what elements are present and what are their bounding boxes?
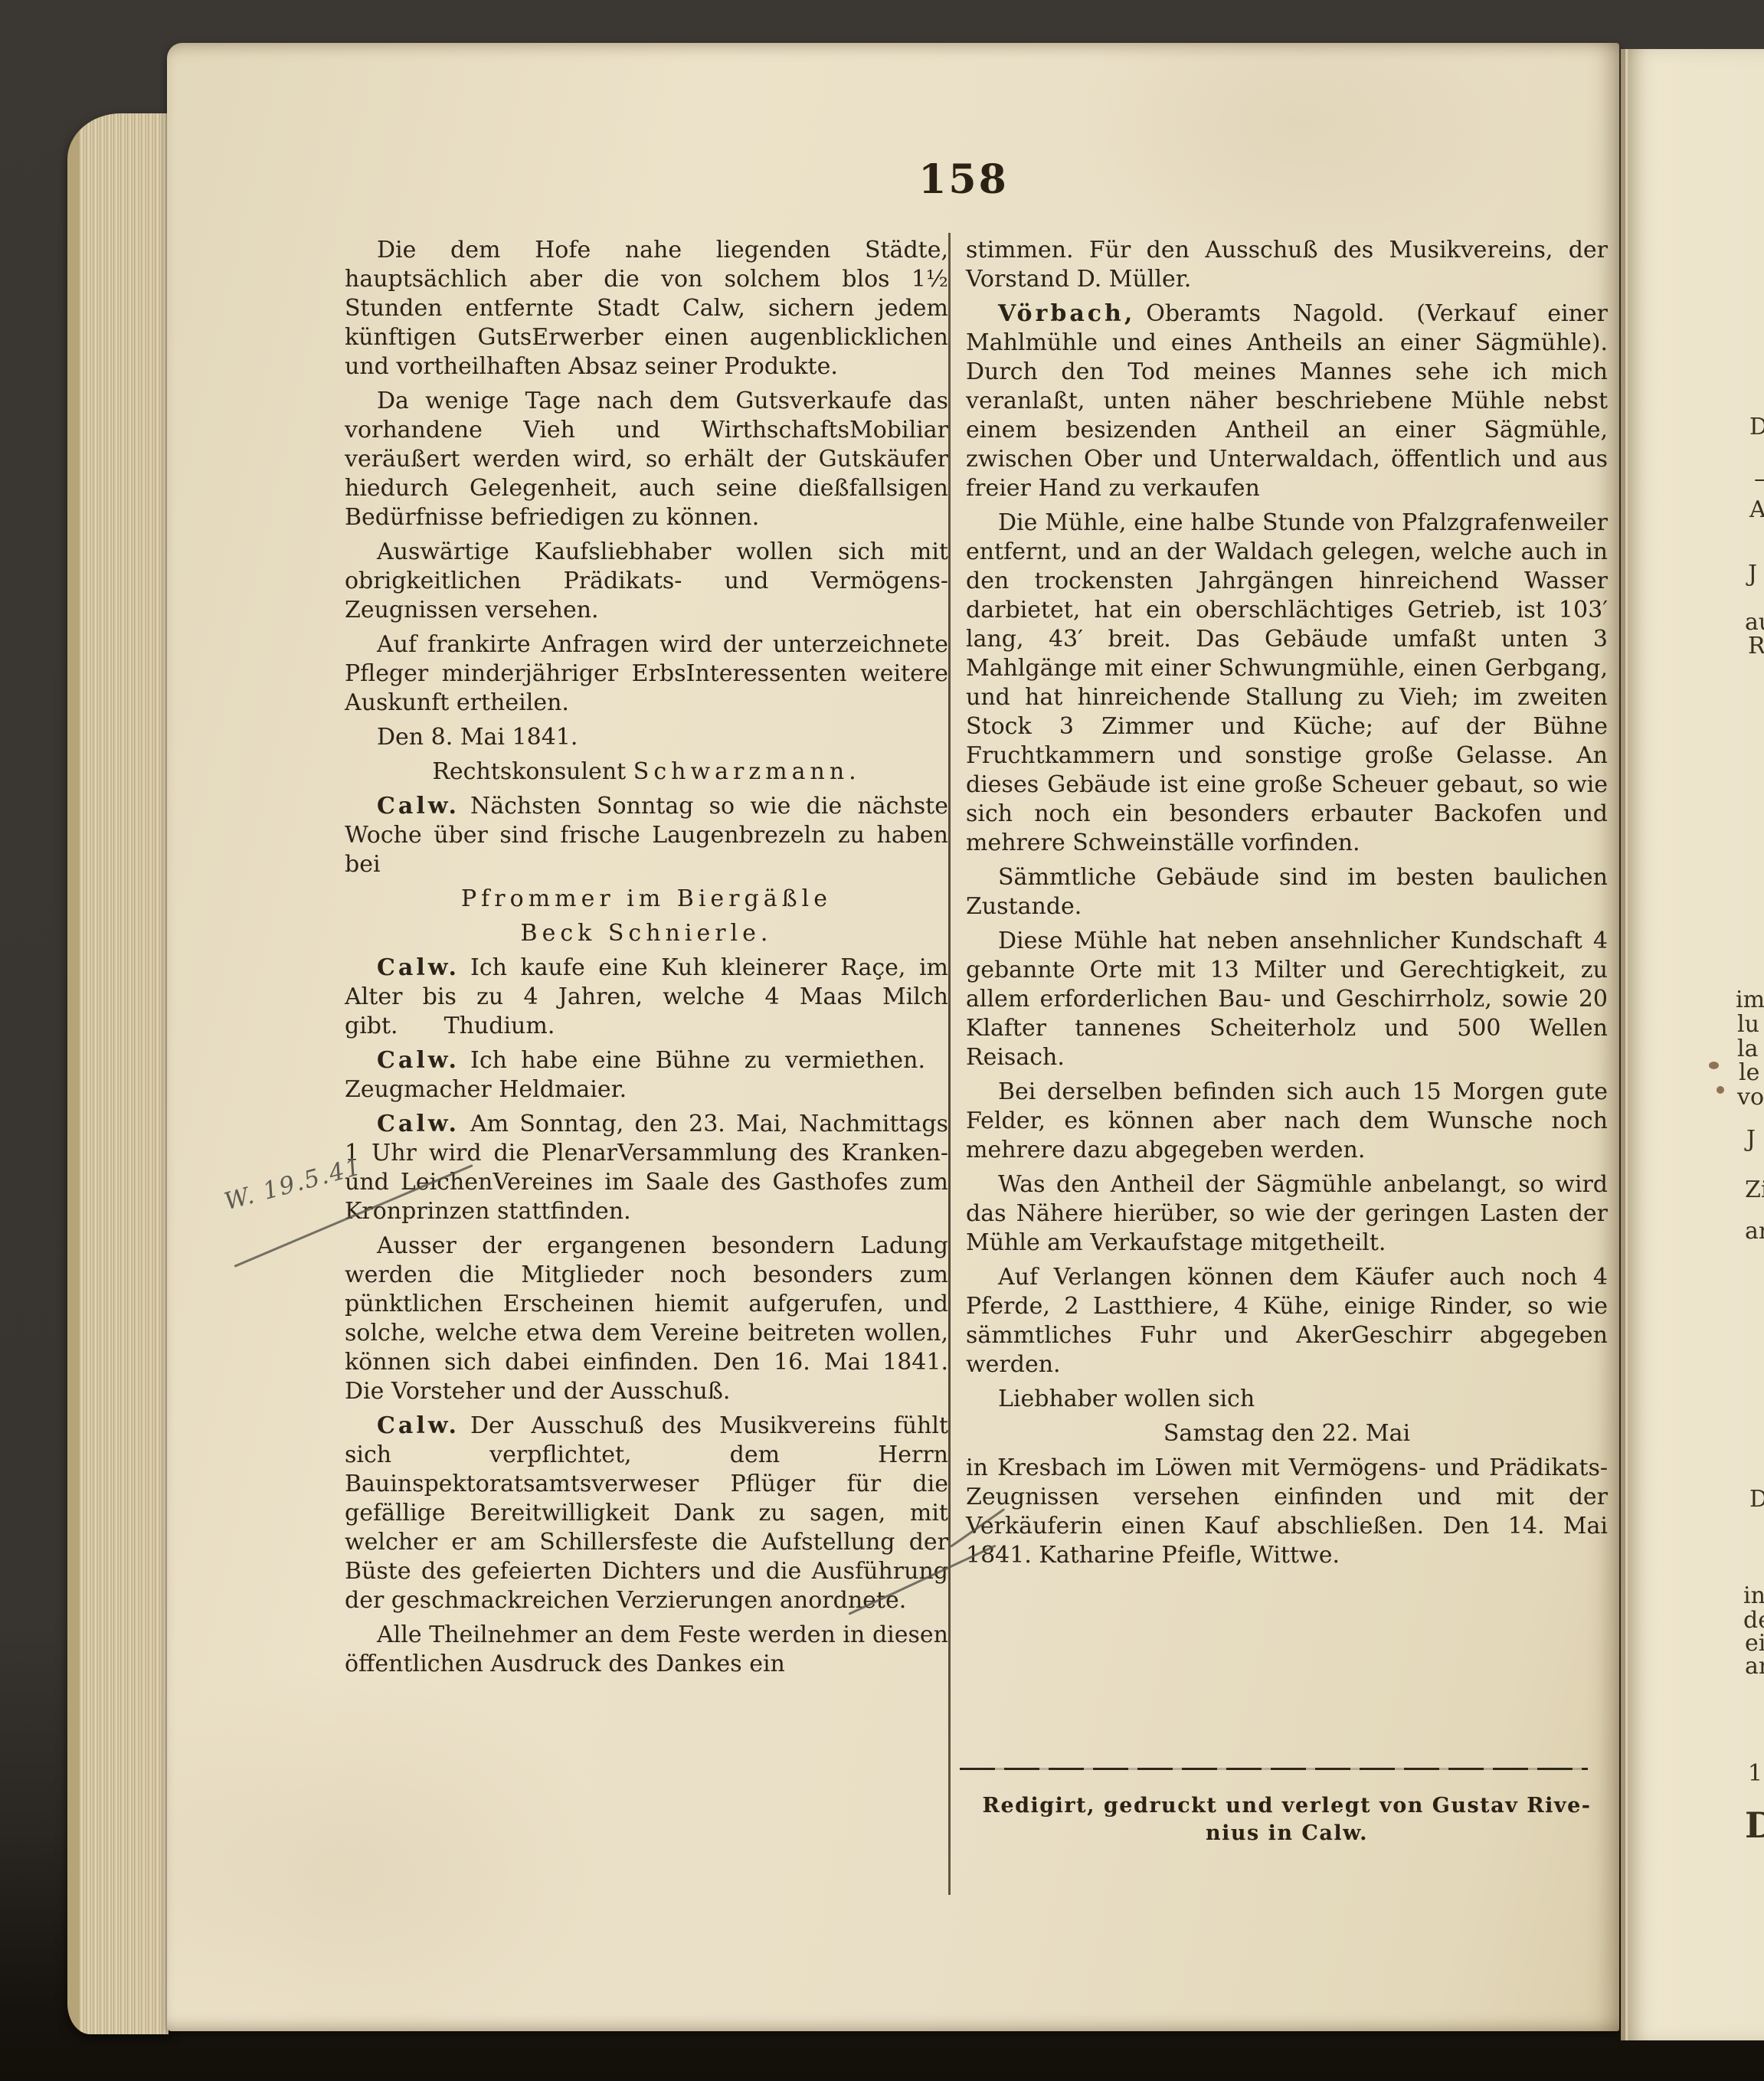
signature-line: Beck Schnierle.	[345, 919, 948, 948]
paragraph: Calw.Ich kaufe eine Kuh kleinerer Raçe, …	[345, 954, 948, 1041]
cutoff-letter: D	[1749, 1486, 1764, 1513]
paragraph: Diese Mühle hat neben ansehnlicher Kunds…	[966, 927, 1608, 1072]
cutoff-letter: in	[1743, 1582, 1764, 1609]
cutoff-letter: J	[1748, 561, 1757, 587]
paragraph: stimmen. Für den Ausschuß des Musikverei…	[966, 236, 1608, 294]
cutoff-letter: J	[1746, 1126, 1756, 1153]
cutoff-letter: au	[1745, 609, 1764, 636]
paragraph: Auswärtige Kaufsliebhaber wollen sich mi…	[345, 538, 948, 625]
date-line: Den 8. Mai 1841.	[345, 723, 948, 752]
paragraph: Calw.Nächsten Sonntag so wie die nächste…	[345, 792, 948, 879]
cutoff-letter: D	[1749, 414, 1764, 440]
cutoff-letter: le	[1739, 1059, 1759, 1086]
paragraph: Bei derselben befinden sich auch 15 Morg…	[966, 1078, 1608, 1165]
cutoff-letter: im	[1736, 987, 1764, 1013]
paragraph: Calw.Am Sonntag, den 23. Mai, Nachmittag…	[345, 1110, 948, 1226]
cutoff-letter: D	[1745, 1805, 1764, 1846]
signature-line: Pfrommer im Biergäßle	[345, 885, 948, 914]
paragraph: in Kresbach im Löwen mit Vermögens- und …	[966, 1454, 1608, 1570]
cutoff-letter: an	[1745, 1218, 1764, 1245]
ink-spot	[1709, 1062, 1719, 1069]
paragraph: Liebhaber wollen sich	[966, 1385, 1608, 1414]
page-fold-crease	[1624, 49, 1628, 2040]
cutoff-letter: la	[1737, 1036, 1758, 1062]
paragraph: Alle Theilnehmer an dem Feste werden in …	[345, 1621, 948, 1679]
cutoff-letter: Zi	[1745, 1176, 1764, 1203]
right-column: stimmen. Für den Ausschuß des Musikverei…	[966, 236, 1608, 1575]
paragraph: Die Mühle, eine halbe Stunde von Pfalzgr…	[966, 509, 1608, 858]
column-divider-rule	[948, 233, 951, 1895]
left-column: Die dem Hofe nahe liegenden Städte, haup…	[345, 236, 948, 1684]
paragraph: Vörbach,Oberamts Nagold. (Verkauf einer …	[966, 299, 1608, 503]
imprint-divider-rule	[960, 1768, 1588, 1770]
cutoff-letter: vo	[1737, 1084, 1764, 1111]
newspaper-page: 158 Die dem Hofe nahe liegenden Städte, …	[167, 43, 1619, 2031]
ink-spot	[1717, 1086, 1724, 1094]
imprint-line: nius in Calw.	[966, 1820, 1608, 1847]
paragraph: Ausser der ergangenen besondern Ladung w…	[345, 1232, 948, 1406]
page-number: 158	[895, 156, 1033, 203]
paragraph: Was den Antheil der Sägmühle anbelangt, …	[966, 1170, 1608, 1258]
paragraph: Auf frankirte Anfragen wird der unterzei…	[345, 630, 948, 718]
paragraph: Calw.Ich habe eine Bühne zu vermiethen. …	[345, 1046, 948, 1104]
imprint: Redigirt, gedruckt und verlegt von Gusta…	[966, 1792, 1608, 1847]
cutoff-letter: 16	[1748, 1760, 1764, 1787]
cutoff-letter: an	[1745, 1653, 1764, 1680]
cutoff-letter: lu	[1737, 1011, 1759, 1038]
paragraph: Die dem Hofe nahe liegenden Städte, haup…	[345, 236, 948, 381]
paragraph: Auf Verlangen können dem Käufer auch noc…	[966, 1263, 1608, 1379]
cutoff-letter: R	[1748, 633, 1764, 659]
scanned-book-opening: 158 Die dem Hofe nahe liegenden Städte, …	[0, 0, 1764, 2081]
paragraph: Sämmtliche Gebäude sind im besten baulic…	[966, 863, 1608, 921]
cutoff-letter: A	[1749, 496, 1764, 523]
date-line: Samstag den 22. Mai	[966, 1419, 1608, 1448]
cutoff-letter: —	[1754, 466, 1764, 492]
page-stack-edges	[67, 113, 169, 2034]
paragraph: Calw.Der Ausschuß des Musikvereins fühlt…	[345, 1412, 948, 1615]
signature-line: Rechtskonsulent Schwarzmann.	[345, 757, 948, 787]
imprint-line: Redigirt, gedruckt und verlegt von Gusta…	[966, 1792, 1608, 1820]
paragraph: Da wenige Tage nach dem Gutsverkaufe das…	[345, 387, 948, 532]
